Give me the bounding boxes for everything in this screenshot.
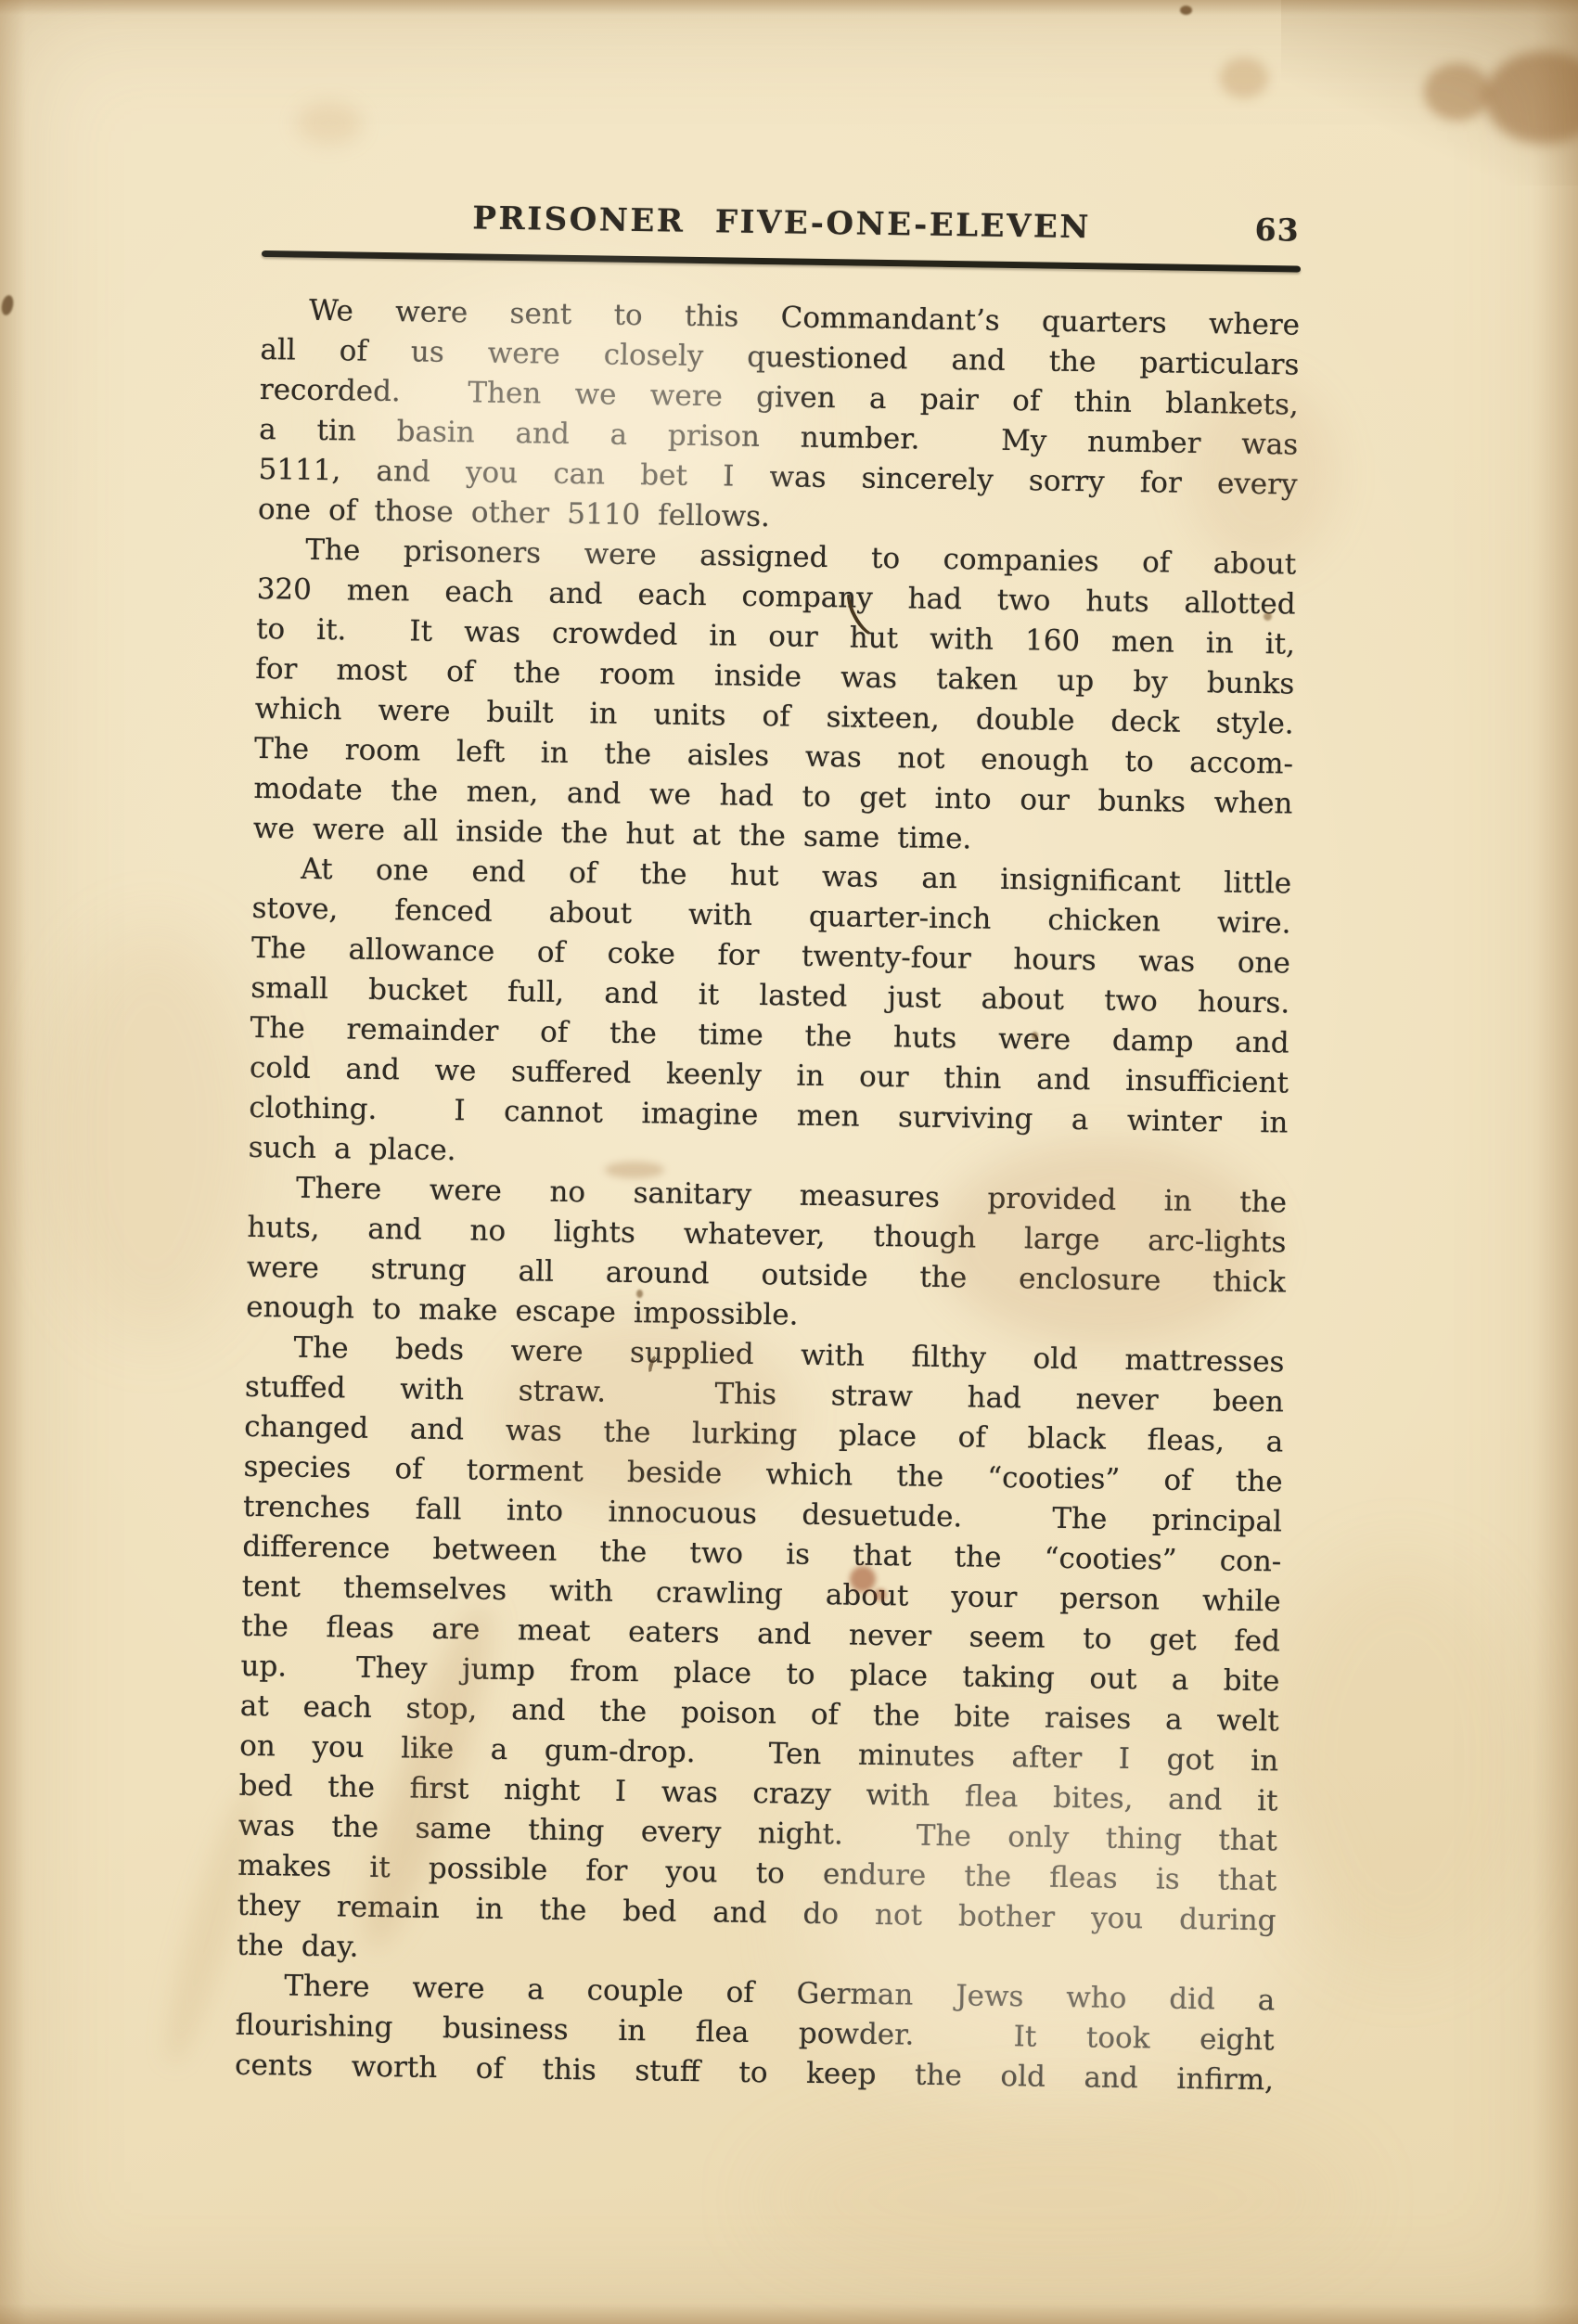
corner-stain-faint <box>1220 58 1268 98</box>
header-rule <box>262 250 1301 273</box>
speck-top <box>1180 6 1192 15</box>
paragraph: At one end of the hut was an insignifica… <box>248 849 1291 1184</box>
paragraph: We were sent to this Commandant’s quarte… <box>258 290 1301 546</box>
page-header: PRISONER FIVE-ONE-ELEVEN 63 <box>262 197 1301 250</box>
body-text: We were sent to this Commandant’s quarte… <box>235 290 1301 2100</box>
book-page-scan: PRISONER FIVE-ONE-ELEVEN 63 We were sent… <box>0 0 1578 2324</box>
mottle-top-left <box>297 102 362 145</box>
paragraph: There were a couple of German Jews who d… <box>235 1966 1276 2101</box>
corner-stain-small <box>1424 63 1491 121</box>
paragraph: The beds were supplied with filthy old m… <box>237 1328 1285 1982</box>
edge-mark <box>0 294 15 316</box>
page-content: PRISONER FIVE-ONE-ELEVEN 63 We were sent… <box>235 197 1302 2100</box>
paragraph: The prisoners were assigned to companies… <box>253 530 1297 865</box>
page-edge-top <box>0 0 1578 15</box>
mottle-bottom-right <box>1271 1559 1531 1967</box>
paragraph: There were no sanitary measures provided… <box>246 1168 1287 1343</box>
page-edge-right <box>1533 0 1578 2324</box>
page-edge-bottom <box>0 2304 1578 2324</box>
corner-stain-large <box>1484 51 1578 144</box>
mottle-left <box>46 928 260 1336</box>
running-head: PRISONER FIVE-ONE-ELEVEN <box>262 197 1301 250</box>
mottle-bottom <box>761 2115 1354 2282</box>
page-corner-shade <box>1281 0 1578 186</box>
page-edge-left <box>0 0 26 2324</box>
page-number: 63 <box>1254 212 1300 250</box>
